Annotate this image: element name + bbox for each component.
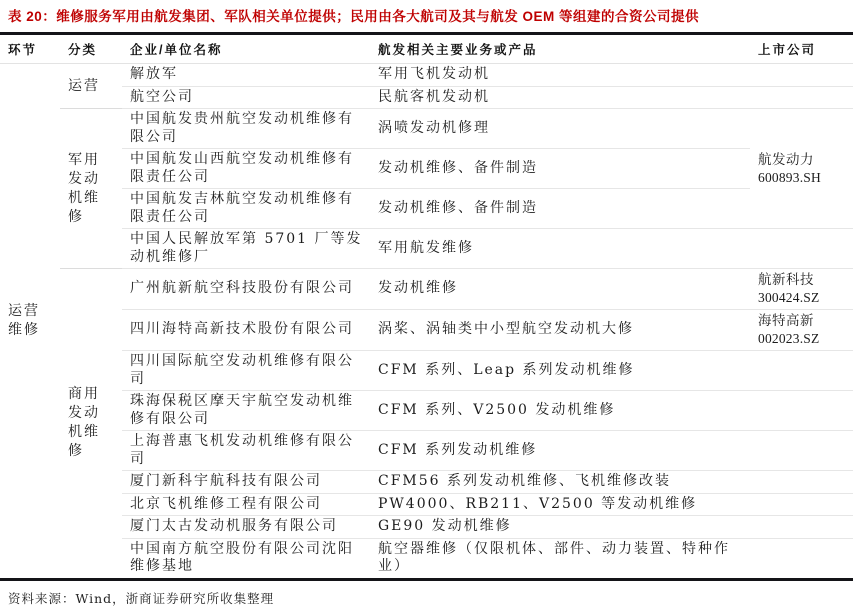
business-cell: 涡桨、涡轴类中小型航空发动机大修: [370, 310, 750, 351]
listed-company-name: 航新科技: [758, 271, 849, 289]
business-cell: 军用航发维修: [370, 229, 750, 269]
company-cell: 厦门新科宇航科技有限公司: [122, 471, 370, 494]
company-cell: 航空公司: [122, 86, 370, 109]
listed-company-code: 600893.SH: [758, 169, 849, 187]
table-row: 厦门太古发动机服务有限公司 GE90 发动机维修: [0, 516, 853, 539]
category-cell: 商用发动机维修: [60, 269, 122, 580]
company-cell: 中国人民解放军第 5701 厂等发动机维修厂: [122, 229, 370, 269]
column-header-listed-company: 上市公司: [750, 34, 853, 64]
listed-company-cell: [750, 493, 853, 516]
column-header-category: 分类: [60, 34, 122, 64]
business-cell: PW4000、RB211、V2500 等发动机维修: [370, 493, 750, 516]
business-cell: 发动机维修、备件制造: [370, 189, 750, 229]
column-header-stage: 环节: [0, 34, 60, 64]
business-cell: CFM 系列、V2500 发动机维修: [370, 391, 750, 431]
table-row: 中国航发吉林航空发动机维修有限责任公司 发动机维修、备件制造: [0, 189, 853, 229]
table-row: 运营维修 运营 解放军 军用飞机发动机: [0, 64, 853, 87]
data-source-note: 资料来源：Wind，浙商证券研究所收集整理: [0, 581, 853, 607]
business-cell: CFM 系列发动机维修: [370, 431, 750, 471]
company-cell: 中国航发贵州航空发动机维修有限公司: [122, 109, 370, 149]
category-cell: 运营: [60, 64, 122, 109]
table-row: 上海普惠飞机发动机维修有限公司 CFM 系列发动机维修: [0, 431, 853, 471]
category-cell: 军用发动机维修: [60, 109, 122, 269]
listed-company-code: 002023.SZ: [758, 330, 849, 348]
business-cell: 发动机维修、备件制造: [370, 149, 750, 189]
business-cell: CFM56 系列发动机维修、飞机维修改装: [370, 471, 750, 494]
listed-company-cell: 海特高新 002023.SZ: [750, 310, 853, 351]
listed-company-name: 海特高新: [758, 312, 849, 330]
listed-company-cell: 航发动力 600893.SH: [750, 109, 853, 229]
table-row: 四川国际航空发动机维修有限公司 CFM 系列、Leap 系列发动机维修: [0, 351, 853, 391]
company-cell: 广州航新航空科技股份有限公司: [122, 269, 370, 310]
business-cell: 民航客机发动机: [370, 86, 750, 109]
company-cell: 北京飞机维修工程有限公司: [122, 493, 370, 516]
table-row: 军用发动机维修 中国航发贵州航空发动机维修有限公司 涡喷发动机修理 航发动力 6…: [0, 109, 853, 149]
table-row: 厦门新科宇航科技有限公司 CFM56 系列发动机维修、飞机维修改装: [0, 471, 853, 494]
company-cell: 上海普惠飞机发动机维修有限公司: [122, 431, 370, 471]
listed-company-code: 300424.SZ: [758, 289, 849, 307]
listed-company-cell: [750, 471, 853, 494]
listed-company-cell: [750, 351, 853, 391]
listed-company-cell: [750, 516, 853, 539]
category-label: 商用发动机维修: [68, 385, 104, 461]
company-cell: 中国航发吉林航空发动机维修有限责任公司: [122, 189, 370, 229]
company-cell: 厦门太古发动机服务有限公司: [122, 516, 370, 539]
stage-label: 运营维修: [8, 302, 44, 340]
company-cell: 四川海特高新技术股份有限公司: [122, 310, 370, 351]
company-cell: 珠海保税区摩天宇航空发动机维修有限公司: [122, 391, 370, 431]
category-label: 运营: [68, 77, 104, 96]
listed-company-name: 航发动力: [758, 151, 849, 169]
table-row: 中国南方航空股份有限公司沈阳维修基地 航空器维修（仅限机体、部件、动力装置、特种…: [0, 538, 853, 579]
listed-company-cell: [750, 64, 853, 87]
table-row: 四川海特高新技术股份有限公司 涡桨、涡轴类中小型航空发动机大修 海特高新 002…: [0, 310, 853, 351]
listed-company-cell: [750, 86, 853, 109]
business-cell: 涡喷发动机修理: [370, 109, 750, 149]
column-header-company: 企业/单位名称: [122, 34, 370, 64]
listed-company-cell: [750, 431, 853, 471]
header-row: 环节 分类 企业/单位名称 航发相关主要业务或产品 上市公司: [0, 34, 853, 64]
table-row: 珠海保税区摩天宇航空发动机维修有限公司 CFM 系列、V2500 发动机维修: [0, 391, 853, 431]
listed-company-cell: [750, 229, 853, 269]
table-row: 北京飞机维修工程有限公司 PW4000、RB211、V2500 等发动机维修: [0, 493, 853, 516]
maintenance-table: 环节 分类 企业/单位名称 航发相关主要业务或产品 上市公司 运营维修 运营 解…: [0, 32, 853, 581]
company-cell: 解放军: [122, 64, 370, 87]
listed-company-cell: [750, 538, 853, 579]
business-cell: CFM 系列、Leap 系列发动机维修: [370, 351, 750, 391]
report-page: 表 20：维修服务军用由航发集团、军队相关单位提供；民用由各大航司及其与航发 O…: [0, 0, 853, 607]
listed-company-cell: [750, 391, 853, 431]
table-row: 商用发动机维修 广州航新航空科技股份有限公司 发动机维修 航新科技 300424…: [0, 269, 853, 310]
company-cell: 四川国际航空发动机维修有限公司: [122, 351, 370, 391]
stage-cell: 运营维修: [0, 64, 60, 580]
table-row: 中国航发山西航空发动机维修有限责任公司 发动机维修、备件制造: [0, 149, 853, 189]
company-cell: 中国航发山西航空发动机维修有限责任公司: [122, 149, 370, 189]
company-cell: 中国南方航空股份有限公司沈阳维修基地: [122, 538, 370, 579]
business-cell: 发动机维修: [370, 269, 750, 310]
listed-company-cell: 航新科技 300424.SZ: [750, 269, 853, 310]
category-label: 军用发动机维修: [68, 151, 104, 227]
business-cell: 军用飞机发动机: [370, 64, 750, 87]
business-cell: GE90 发动机维修: [370, 516, 750, 539]
column-header-business: 航发相关主要业务或产品: [370, 34, 750, 64]
table-row: 中国人民解放军第 5701 厂等发动机维修厂 军用航发维修: [0, 229, 853, 269]
table-title: 表 20：维修服务军用由航发集团、军队相关单位提供；民用由各大航司及其与航发 O…: [0, 0, 853, 32]
business-cell: 航空器维修（仅限机体、部件、动力装置、特种作业）: [370, 538, 750, 579]
table-row: 航空公司 民航客机发动机: [0, 86, 853, 109]
